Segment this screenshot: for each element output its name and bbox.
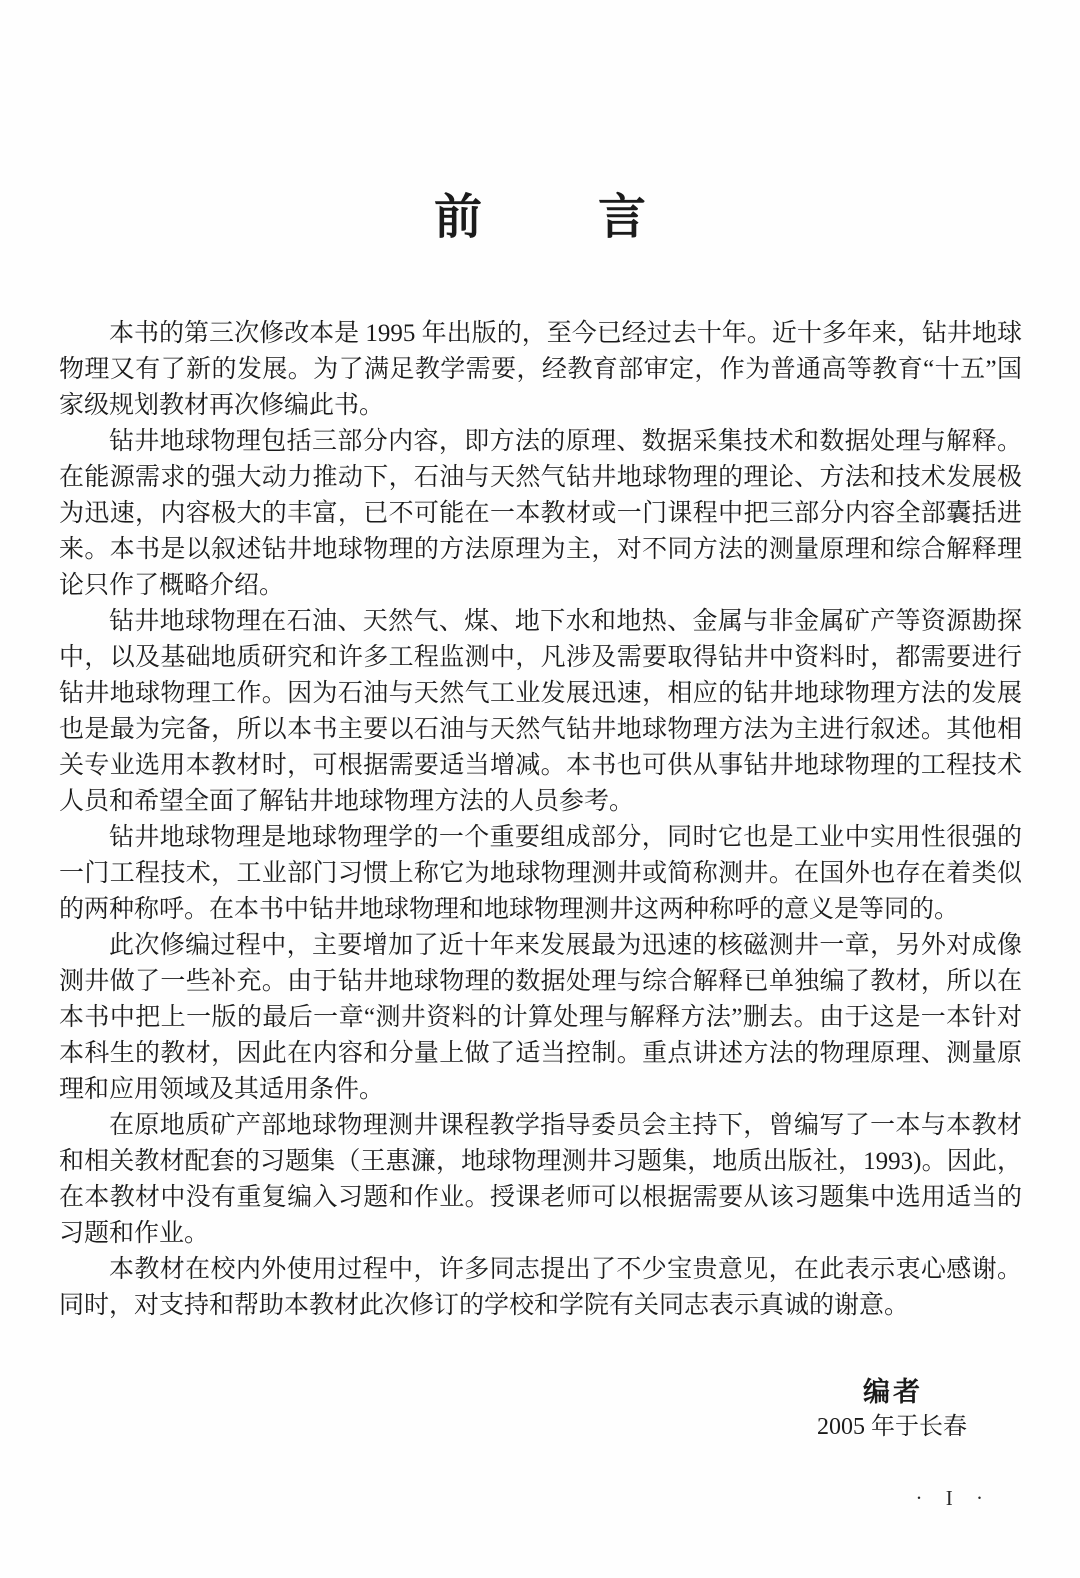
preface-paragraph-7: 本教材在校内外使用过程中，许多同志提出了不少宝贵意见，在此表示衷心感谢。同时，对…	[59, 1252, 1022, 1324]
signature-date: 2005 年于长春	[817, 1406, 967, 1441]
preface-body: 本书的第三次修改本是 1995 年出版的，至今已经过去十年。近十多年来，钻井地球…	[59, 316, 1022, 1324]
preface-paragraph-2: 钻井地球物理包括三部分内容，即方法的原理、数据采集技术和数据处理与解释。在能源需…	[59, 424, 1022, 604]
preface-paragraph-4: 钻井地球物理是地球物理学的一个重要组成部分，同时它也是工业中实用性很强的一门工程…	[59, 820, 1022, 928]
author-signature: 编者	[863, 1370, 923, 1409]
preface-paragraph-6: 在原地质矿产部地球物理测井课程教学指导委员会主持下，曾编写了一本与本教材和相关教…	[59, 1108, 1022, 1252]
page-number: · I ·	[916, 1486, 992, 1511]
page-title-char-1: 前	[434, 192, 482, 245]
preface-paragraph-1: 本书的第三次修改本是 1995 年出版的，至今已经过去十年。近十多年来，钻井地球…	[59, 316, 1022, 424]
page-title-char-2: 言	[598, 192, 646, 245]
preface-paragraph-3: 钻井地球物理在石油、天然气、煤、地下水和地热、金属与非金属矿产等资源勘探中，以及…	[59, 604, 1022, 820]
preface-page: 前 言 本书的第三次修改本是 1995 年出版的，至今已经过去十年。近十多年来，…	[0, 0, 1080, 1578]
preface-paragraph-5: 此次修编过程中，主要增加了近十年来发展最为迅速的核磁测井一章，另外对成像测井做了…	[59, 928, 1022, 1108]
page-title: 前 言	[0, 192, 1080, 245]
